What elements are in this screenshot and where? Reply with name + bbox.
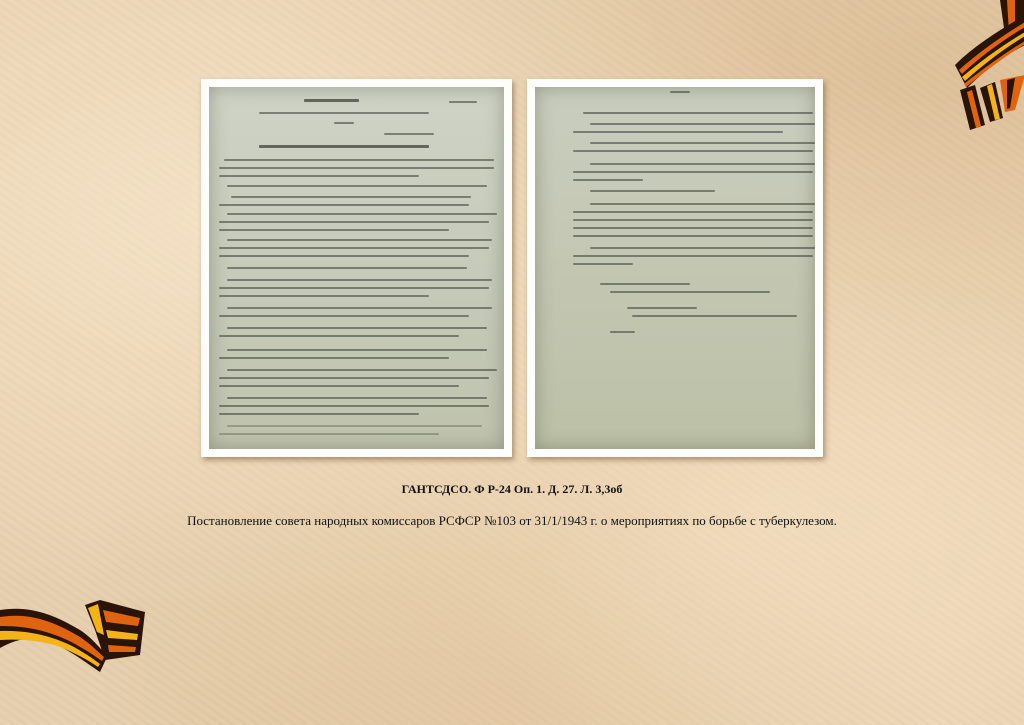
document-photo-page-2 <box>527 79 823 457</box>
archive-reference: ГАНТСДСО. Ф Р-24 Оп. 1. Д. 27. Л. 3,3об <box>0 482 1024 497</box>
st-george-ribbon-bottom-left <box>0 600 150 675</box>
st-george-ribbon-top-right <box>945 0 1024 135</box>
document-description: Постановление совета народных комиссаров… <box>0 513 1024 529</box>
document-photo-page-1 <box>201 79 512 457</box>
document-sheet-page-2 <box>535 87 815 449</box>
document-sheet-page-1 <box>209 87 504 449</box>
